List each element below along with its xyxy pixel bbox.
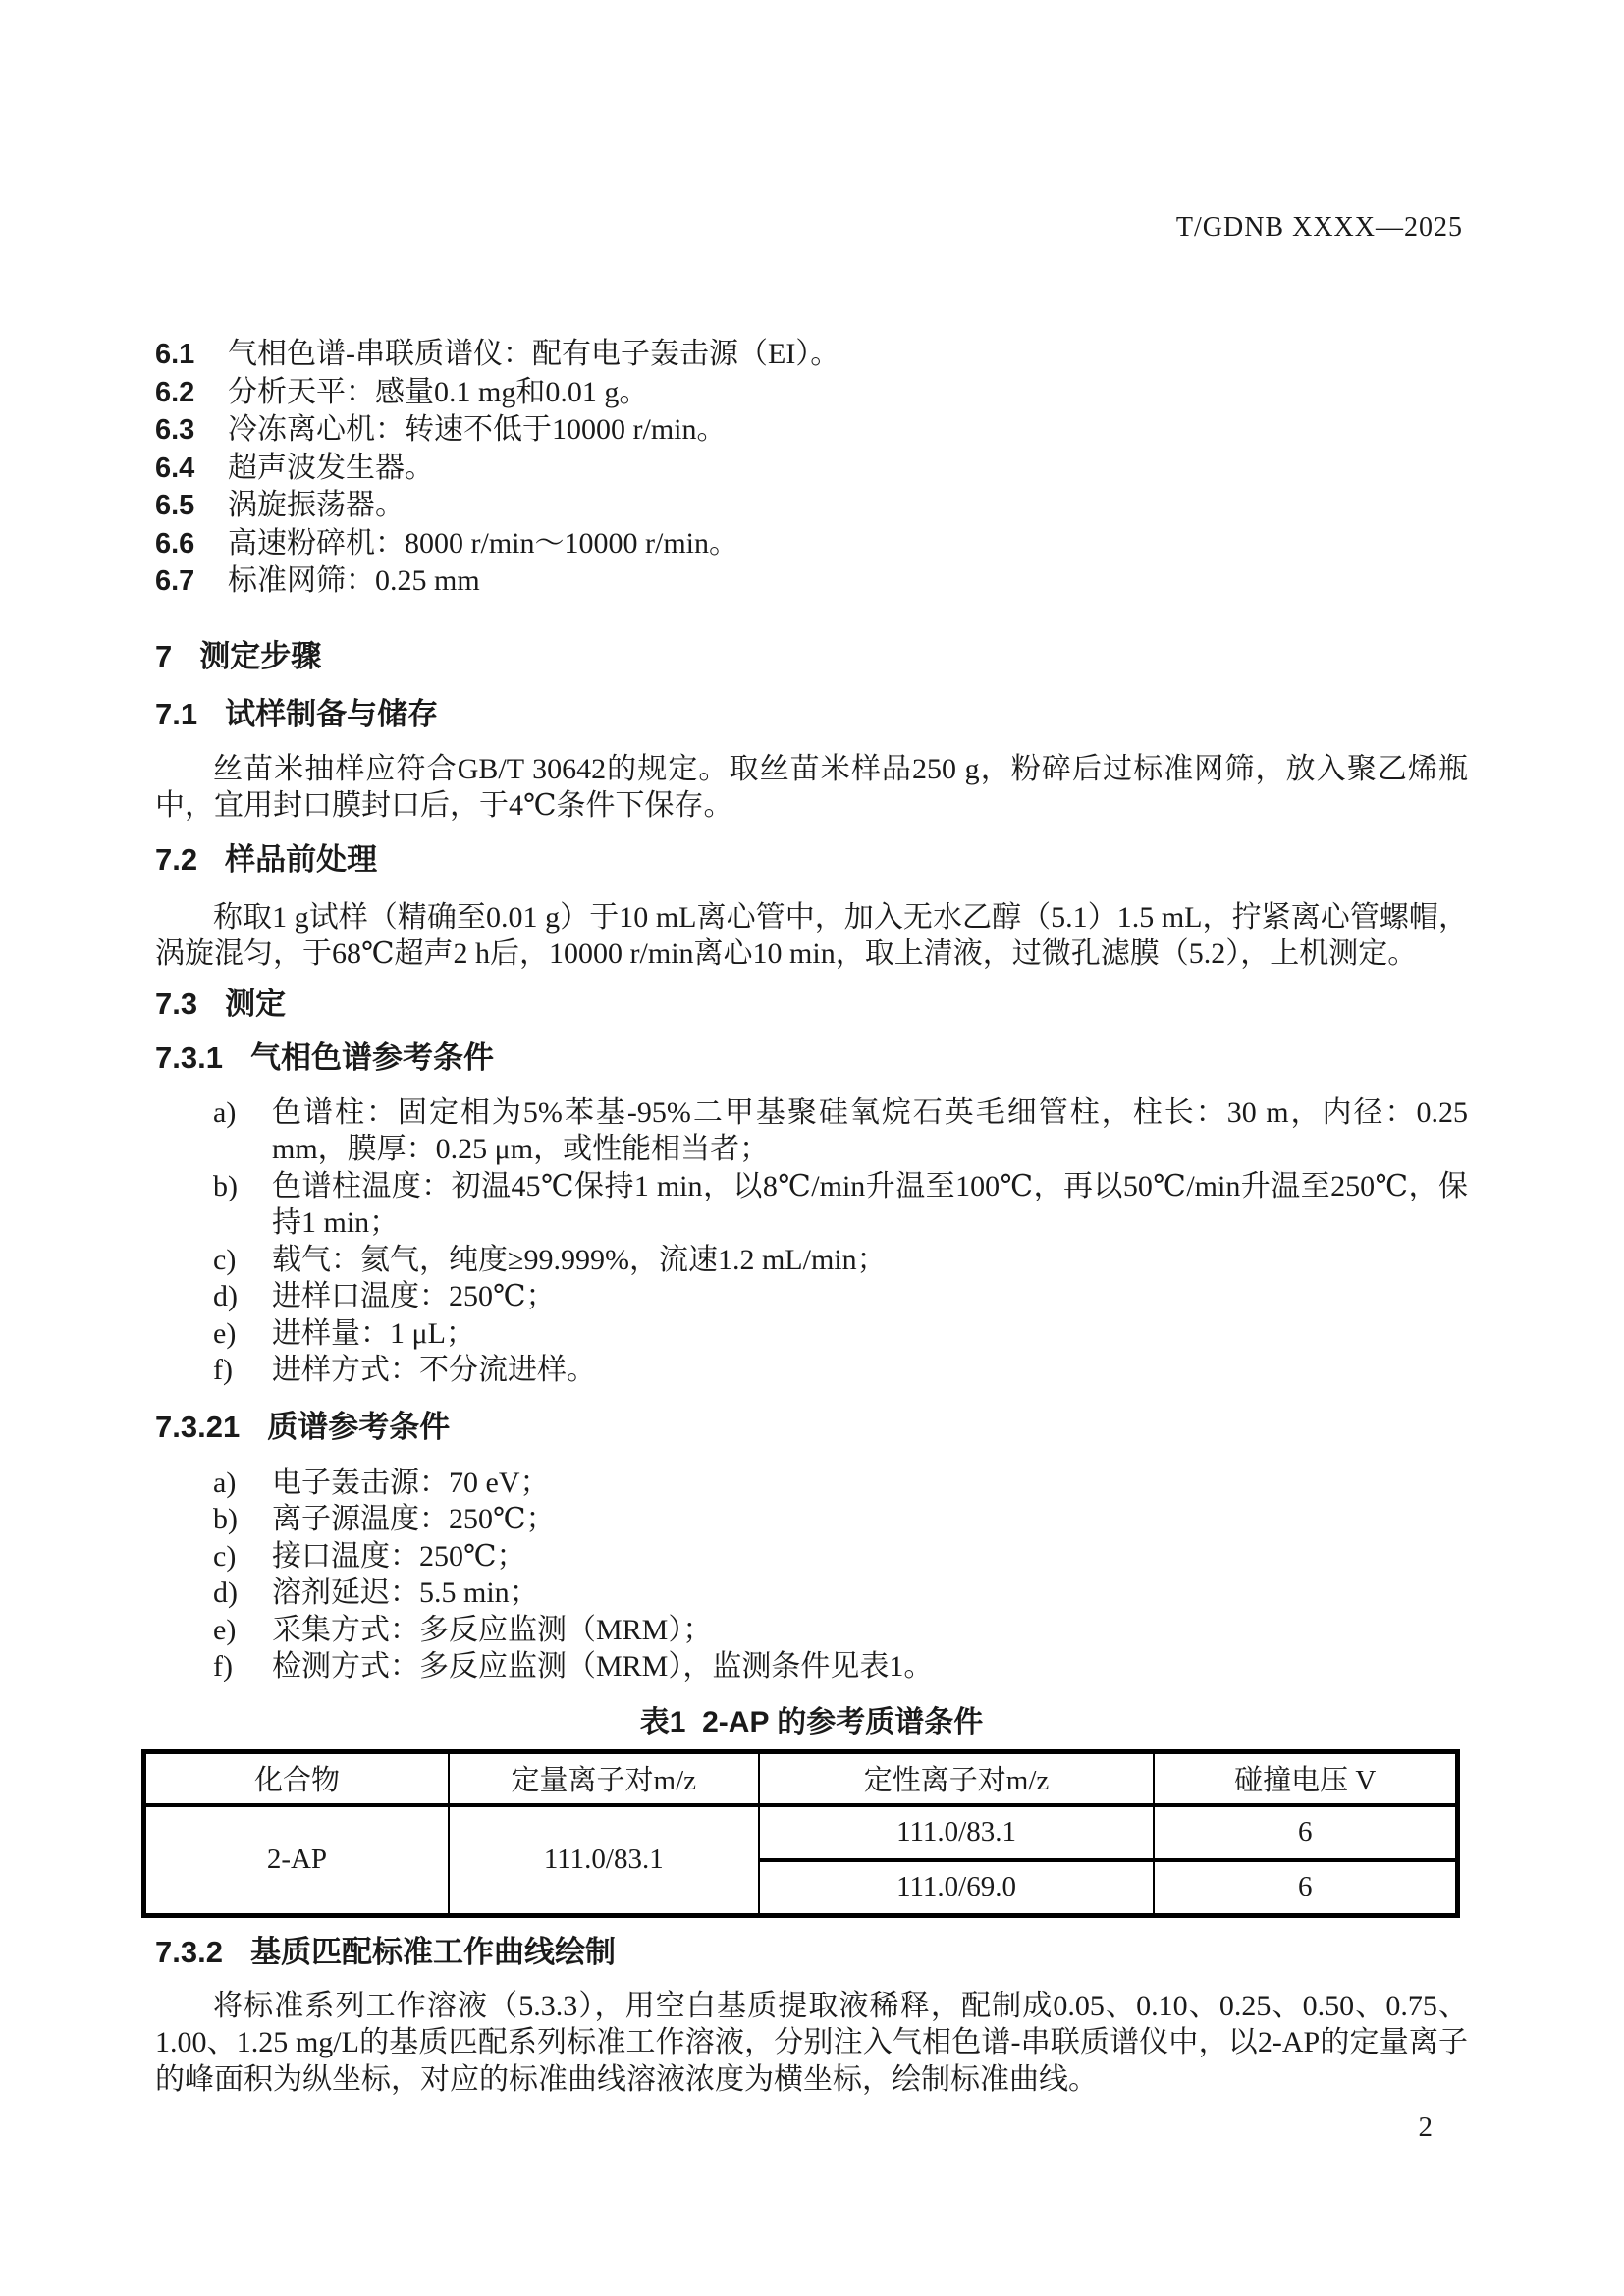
section-7-1-paragraph: 丝苗米抽样应符合GB/T 30642的规定。取丝苗米样品250 g，粉碎后过标准… [155,751,1468,825]
list-marker: e) [213,1612,272,1649]
page-content: 6.1气相色谱-串联质谱仪：配有电子轰击源（EI）。 6.2分析天平：感量0.1… [155,0,1468,2144]
heading-number: 7.2 [155,843,197,877]
list-marker: c) [213,1538,272,1575]
list-marker: b) [213,1501,272,1538]
list-marker: b) [213,1168,272,1205]
cell-qual-ion: 111.0/83.1 [759,1805,1155,1860]
table-1-caption: 表1 2-AP 的参考质谱条件 [155,1706,1468,1739]
col-header-qual-ion: 定性离子对m/z [759,1751,1155,1805]
clause-number: 6.6 [155,526,228,563]
section-7-1-heading: 7.1 试样制备与储存 [155,698,1468,731]
clause-text: 气相色谱-串联质谱仪：配有电子轰击源（EI）。 [228,338,839,370]
gc-conditions-list: a)色谱柱：固定相为5%苯基-95%二甲基聚硅氧烷石英毛细管柱，柱长：30 m，… [155,1095,1468,1389]
list-text: 接口温度：250℃； [272,1538,1468,1575]
section-7-3-2-heading: 7.3.2 基质匹配标准工作曲线绘制 [155,1936,1468,1969]
heading-number: 7.1 [155,698,197,731]
cell-quant-ion: 111.0/83.1 [449,1805,759,1916]
list-marker: a) [213,1465,272,1502]
clause-number: 6.2 [155,375,228,412]
clause-number: 6.4 [155,451,228,488]
page-number: 2 [155,2111,1468,2144]
clause-6-2: 6.2分析天平：感量0.1 mg和0.01 g。 [155,374,1468,412]
section-7-2-paragraph: 称取1 g试样（精确至0.01 g）于10 mL离心管中，加入无水乙醇（5.1）… [155,899,1468,973]
list-text: 溶剂延迟：5.5 min； [272,1575,1468,1612]
list-text: 电子轰击源：70 eV； [272,1465,1468,1502]
list-marker: f) [213,1352,272,1389]
heading-number: 7 [155,640,172,673]
list-marker: f) [213,1648,272,1685]
list-marker: a) [213,1095,272,1132]
table-header-row: 化合物 定量离子对m/z 定性离子对m/z 碰撞电压 V [144,1751,1458,1805]
list-item-c: c)载气：氦气，纯度≥99.999%，流速1.2 mL/min； [155,1242,1468,1279]
document-page: T/GDNB XXXX—2025 6.1气相色谱-串联质谱仪：配有电子轰击源（E… [0,0,1624,2296]
clause-number: 6.5 [155,488,228,525]
clause-text: 涡旋振荡器。 [228,489,405,521]
clause-6-3: 6.3冷冻离心机：转速不低于10000 r/min。 [155,411,1468,450]
list-text: 进样方式：不分流进样。 [272,1352,1468,1389]
list-item-f: f)检测方式：多反应监测（MRM），监测条件见表1。 [155,1648,1468,1685]
heading-title: 试样制备与储存 [225,698,438,731]
list-marker: d) [213,1278,272,1315]
clause-number: 6.1 [155,337,228,374]
list-item-f: f)进样方式：不分流进样。 [155,1352,1468,1389]
clause-6-5: 6.5涡旋振荡器。 [155,487,1468,525]
cell-voltage: 6 [1154,1805,1457,1860]
clause-text: 高速粉碎机：8000 r/min～10000 r/min。 [228,527,738,560]
list-text: 色谱柱温度：初温45℃保持1 min，以8℃/min升温至100℃，再以50℃/… [272,1168,1468,1242]
list-text: 离子源温度：250℃； [272,1501,1468,1538]
clause-text: 标准网筛：0.25 mm [228,564,480,597]
list-text: 进样量：1 μL； [272,1315,1468,1353]
section-7-3-21-heading: 7.3.21 质谱参考条件 [155,1411,1468,1444]
list-item-b: b)离子源温度：250℃； [155,1501,1468,1538]
heading-number: 7.3.1 [155,1041,223,1075]
cell-qual-ion: 111.0/69.0 [759,1860,1155,1916]
list-item-a: a)电子轰击源：70 eV； [155,1465,1468,1502]
list-text: 色谱柱：固定相为5%苯基-95%二甲基聚硅氧烷石英毛细管柱，柱长：30 m，内径… [272,1095,1468,1168]
table-row: 2-AP 111.0/83.1 111.0/83.1 6 [144,1805,1458,1860]
section-7-3-heading: 7.3 测定 [155,988,1468,1021]
list-marker: d) [213,1575,272,1612]
heading-number: 7.3 [155,988,197,1021]
section-7-heading: 7 测定步骤 [155,640,1468,673]
list-item-e: e)采集方式：多反应监测（MRM）； [155,1612,1468,1649]
mass-spec-conditions-table: 化合物 定量离子对m/z 定性离子对m/z 碰撞电压 V 2-AP 111.0/… [141,1749,1460,1918]
col-header-compound: 化合物 [144,1751,449,1805]
clause-6-1: 6.1气相色谱-串联质谱仪：配有电子轰击源（EI）。 [155,336,1468,374]
col-header-voltage: 碰撞电压 V [1154,1751,1457,1805]
list-marker: c) [213,1242,272,1279]
list-item-d: d)溶剂延迟：5.5 min； [155,1575,1468,1612]
clause-text: 分析天平：感量0.1 mg和0.01 g。 [228,376,648,408]
col-header-quant-ion: 定量离子对m/z [449,1751,759,1805]
list-text: 进样口温度：250℃； [272,1278,1468,1315]
heading-title: 测定步骤 [199,640,321,673]
clause-number: 6.7 [155,563,228,601]
heading-title: 样品前处理 [225,843,377,877]
list-item-d: d)进样口温度：250℃； [155,1278,1468,1315]
cell-voltage: 6 [1154,1860,1457,1916]
clause-number: 6.3 [155,412,228,450]
list-item-a: a)色谱柱：固定相为5%苯基-95%二甲基聚硅氧烷石英毛细管柱，柱长：30 m，… [155,1095,1468,1168]
list-text: 检测方式：多反应监测（MRM），监测条件见表1。 [272,1648,1468,1685]
ms-conditions-list: a)电子轰击源：70 eV； b)离子源温度：250℃； c)接口温度：250℃… [155,1465,1468,1685]
clause-text: 冷冻离心机：转速不低于10000 r/min。 [228,413,727,446]
list-marker: e) [213,1315,272,1353]
heading-title: 质谱参考条件 [267,1411,450,1444]
clause-6-6: 6.6高速粉碎机：8000 r/min～10000 r/min。 [155,525,1468,563]
cell-compound: 2-AP [144,1805,449,1916]
heading-title: 基质匹配标准工作曲线绘制 [250,1936,616,1969]
clause-6-4: 6.4超声波发生器。 [155,450,1468,488]
list-text: 采集方式：多反应监测（MRM）； [272,1612,1468,1649]
equipment-clause-list: 6.1气相色谱-串联质谱仪：配有电子轰击源（EI）。 6.2分析天平：感量0.1… [155,336,1468,601]
list-text: 载气：氦气，纯度≥99.999%，流速1.2 mL/min； [272,1242,1468,1279]
clause-6-7: 6.7标准网筛：0.25 mm [155,562,1468,601]
heading-number: 7.3.2 [155,1936,223,1969]
heading-title: 测定 [225,988,286,1021]
section-7-3-1-heading: 7.3.1 气相色谱参考条件 [155,1041,1468,1075]
clause-text: 超声波发生器。 [228,452,434,484]
section-7-3-2-paragraph: 将标准系列工作溶液（5.3.3），用空白基质提取液稀释，配制成0.05、0.10… [155,1988,1468,2099]
heading-title: 气相色谱参考条件 [250,1041,494,1075]
list-item-b: b)色谱柱温度：初温45℃保持1 min，以8℃/min升温至100℃，再以50… [155,1168,1468,1242]
section-7-2-heading: 7.2 样品前处理 [155,843,1468,877]
list-item-c: c)接口温度：250℃； [155,1538,1468,1575]
heading-number: 7.3.21 [155,1411,240,1444]
list-item-e: e)进样量：1 μL； [155,1315,1468,1353]
